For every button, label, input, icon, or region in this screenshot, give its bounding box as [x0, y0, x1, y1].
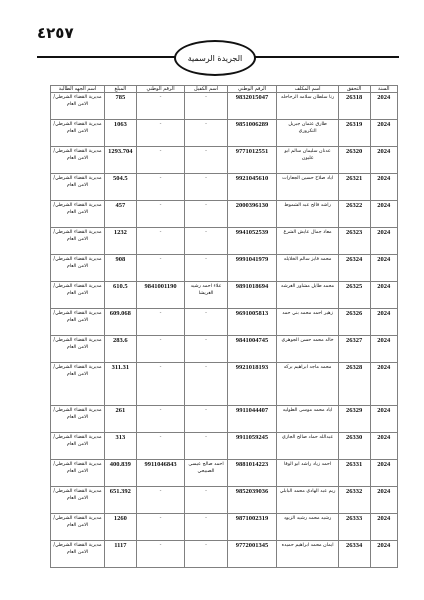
table-row: 202426318رنا سلطان سلامه الرحاحله9832015…: [51, 93, 398, 120]
amount-cell: 1117: [104, 541, 136, 568]
guarantor-cell: -: [185, 309, 227, 336]
table-row: 202426321اياد صلاح حسين الجعارات99210456…: [51, 174, 398, 201]
table-row: 202426332ريم عبد الهادي محمد البابلي9852…: [51, 487, 398, 514]
table-row: 202426325محمد طايل مشاور الغرشه989101869…: [51, 282, 398, 309]
ref-cell: 26321: [338, 174, 370, 201]
guarantor-id-cell: -: [136, 336, 185, 363]
year-cell: 2024: [370, 147, 398, 174]
guarantor-id-cell: -: [136, 541, 185, 568]
page-number: ٤٢٥٧: [37, 24, 74, 42]
table-row: 202426330عبدالله حماد صالح الجازي9911059…: [51, 433, 398, 460]
guarantor-cell: -: [185, 336, 227, 363]
year-cell: 2024: [370, 93, 398, 120]
header-amount: المبلغ: [104, 86, 136, 93]
authority-cell: مديرية القضاء الشرطي/الامن العام: [51, 363, 105, 406]
records-table: السنة التحقق اسم المكلف الرقم الوطني اسم…: [50, 85, 398, 568]
authority-cell: مديرية القضاء الشرطي/الامن العام: [51, 120, 105, 147]
name-cell: احمد زياد راشد ابو الوفا: [277, 460, 338, 487]
authority-cell: مديرية القضاء الشرطي/الامن العام: [51, 147, 105, 174]
amount-cell: 1232: [104, 228, 136, 255]
header-guarantor: اسم الكفيل: [185, 86, 227, 93]
ref-cell: 26318: [338, 93, 370, 120]
guarantor-cell: -: [185, 487, 227, 514]
guarantor-id-cell: -: [136, 514, 185, 541]
ref-cell: 26330: [338, 433, 370, 460]
table-row: 202426326زهير احمد محمد بني حمد969100581…: [51, 309, 398, 336]
guarantor-cell: -: [185, 147, 227, 174]
ref-cell: 26322: [338, 201, 370, 228]
guarantor-id-cell: -: [136, 309, 185, 336]
authority-cell: مديرية القضاء الشرطي/الامن العام: [51, 460, 105, 487]
year-cell: 2024: [370, 433, 398, 460]
guarantor-cell: -: [185, 255, 227, 282]
amount-cell: 908: [104, 255, 136, 282]
national-id-cell: 2000396130: [227, 201, 277, 228]
national-id-cell: 9851006289: [227, 120, 277, 147]
national-id-cell: 9921045610: [227, 174, 277, 201]
table-row: 202426324محمد فايز سالم الخلايله99910419…: [51, 255, 398, 282]
header-national-id: الرقم الوطني: [227, 86, 277, 93]
name-cell: زهير احمد محمد بني حمد: [277, 309, 338, 336]
authority-cell: مديرية القضاء الشرطي/الامن العام: [51, 93, 105, 120]
national-id-cell: 9911059245: [227, 433, 277, 460]
ref-cell: 26327: [338, 336, 370, 363]
amount-cell: 1063: [104, 120, 136, 147]
year-cell: 2024: [370, 363, 398, 406]
guarantor-cell: -: [185, 514, 227, 541]
amount-cell: 313: [104, 433, 136, 460]
table-row: 202426322راشد فالح عبد الشموط2000396130-…: [51, 201, 398, 228]
name-cell: عبدالله حماد صالح الجازي: [277, 433, 338, 460]
name-cell: خالد محمد حسن الجوهري: [277, 336, 338, 363]
amount-cell: 610.5: [104, 282, 136, 309]
name-cell: ايمان محمد ابراهيم حميده: [277, 541, 338, 568]
name-cell: محمد فايز سالم الخلايله: [277, 255, 338, 282]
national-id-cell: 9941052539: [227, 228, 277, 255]
guarantor-id-cell: -: [136, 201, 185, 228]
amount-cell: 1260: [104, 514, 136, 541]
ref-cell: 26329: [338, 406, 370, 433]
guarantor-cell: -: [185, 201, 227, 228]
header-ref: التحقق: [338, 86, 370, 93]
year-cell: 2024: [370, 541, 398, 568]
authority-cell: مديرية القضاء الشرطي/الامن العام: [51, 487, 105, 514]
amount-cell: 785: [104, 93, 136, 120]
table-row: 202426323معاذ جمال عايش الشرع9941052539-…: [51, 228, 398, 255]
table-row: 202426320عدنان سليمان سالم ابو غليون9771…: [51, 147, 398, 174]
amount-cell: 400.839: [104, 460, 136, 487]
table-row: 202426333رشيد محمد رشيد الزيود9871002319…: [51, 514, 398, 541]
ref-cell: 26333: [338, 514, 370, 541]
name-cell: اياد صلاح حسين الجعارات: [277, 174, 338, 201]
guarantor-cell: -: [185, 174, 227, 201]
authority-cell: مديرية القضاء الشرطي/الامن العام: [51, 174, 105, 201]
guarantor-id-cell: -: [136, 406, 185, 433]
guarantor-id-cell: 9841001190: [136, 282, 185, 309]
header-name: اسم المكلف: [277, 86, 338, 93]
year-cell: 2024: [370, 228, 398, 255]
ref-cell: 26331: [338, 460, 370, 487]
ref-cell: 26320: [338, 147, 370, 174]
guarantor-cell: -: [185, 120, 227, 147]
ref-cell: 26332: [338, 487, 370, 514]
amount-cell: 504.5: [104, 174, 136, 201]
guarantor-id-cell: -: [136, 120, 185, 147]
guarantor-cell: علاء احمد رشيد الغريشا: [185, 282, 227, 309]
amount-cell: 311.31: [104, 363, 136, 406]
national-id-cell: 9771012551: [227, 147, 277, 174]
national-id-cell: 9911044407: [227, 406, 277, 433]
authority-cell: مديرية القضاء الشرطي/الامن العام: [51, 514, 105, 541]
amount-cell: 261: [104, 406, 136, 433]
national-id-cell: 9891018694: [227, 282, 277, 309]
ref-cell: 26324: [338, 255, 370, 282]
name-cell: عدنان سليمان سالم ابو غليون: [277, 147, 338, 174]
name-cell: ريم عبد الهادي محمد البابلي: [277, 487, 338, 514]
national-id-cell: 9691005813: [227, 309, 277, 336]
ref-cell: 26326: [338, 309, 370, 336]
authority-cell: مديرية القضاء الشرطي/الامن العام: [51, 255, 105, 282]
authority-cell: مديرية القضاء الشرطي/الامن العام: [51, 228, 105, 255]
ref-cell: 26328: [338, 363, 370, 406]
national-id-cell: 9881014223: [227, 460, 277, 487]
guarantor-id-cell: -: [136, 228, 185, 255]
header-authority: اسم الجهه الطالبة: [51, 86, 105, 93]
authority-cell: مديرية القضاء الشرطي/الامن العام: [51, 406, 105, 433]
national-id-cell: 9871002319: [227, 514, 277, 541]
national-id-cell: 9921018193: [227, 363, 277, 406]
national-id-cell: 9852039036: [227, 487, 277, 514]
year-cell: 2024: [370, 282, 398, 309]
masthead-title: الجريدة الرسمية: [188, 54, 243, 63]
name-cell: محمد طايل مشاور الغرشه: [277, 282, 338, 309]
guarantor-cell: احمد صالح عيسى الصبيحي: [185, 460, 227, 487]
guarantor-id-cell: -: [136, 93, 185, 120]
year-cell: 2024: [370, 201, 398, 228]
year-cell: 2024: [370, 309, 398, 336]
year-cell: 2024: [370, 487, 398, 514]
authority-cell: مديرية القضاء الشرطي/الامن العام: [51, 541, 105, 568]
amount-cell: 1293.704: [104, 147, 136, 174]
name-cell: معاذ جمال عايش الشرع: [277, 228, 338, 255]
guarantor-cell: -: [185, 433, 227, 460]
guarantor-id-cell: 9911046843: [136, 460, 185, 487]
table-row: 202426331احمد زياد راشد ابو الوفا9881014…: [51, 460, 398, 487]
header-guarantor-id: الرقم الوطني: [136, 86, 185, 93]
header-year: السنة: [370, 86, 398, 93]
name-cell: اياد محمد موسى الطوليه: [277, 406, 338, 433]
name-cell: رشيد محمد رشيد الزيود: [277, 514, 338, 541]
national-id-cell: 9841004745: [227, 336, 277, 363]
guarantor-id-cell: -: [136, 147, 185, 174]
ref-cell: 26325: [338, 282, 370, 309]
guarantor-cell: -: [185, 93, 227, 120]
guarantor-cell: -: [185, 228, 227, 255]
guarantor-id-cell: -: [136, 363, 185, 406]
guarantor-id-cell: -: [136, 433, 185, 460]
amount-cell: 457: [104, 201, 136, 228]
table-row: 202426334ايمان محمد ابراهيم حميده9772001…: [51, 541, 398, 568]
table-row: 202426319طارق عثمان جبريل التكروري985100…: [51, 120, 398, 147]
ref-cell: 26319: [338, 120, 370, 147]
name-cell: رنا سلطان سلامه الرحاحله: [277, 93, 338, 120]
amount-cell: 609.068: [104, 309, 136, 336]
authority-cell: مديرية القضاء الشرطي/الامن العام: [51, 201, 105, 228]
year-cell: 2024: [370, 174, 398, 201]
amount-cell: 651.392: [104, 487, 136, 514]
ref-cell: 26334: [338, 541, 370, 568]
table-row: 202426329اياد محمد موسى الطوليه991104440…: [51, 406, 398, 433]
guarantor-cell: -: [185, 541, 227, 568]
national-id-cell: 9991041979: [227, 255, 277, 282]
year-cell: 2024: [370, 406, 398, 433]
table-header-row: السنة التحقق اسم المكلف الرقم الوطني اسم…: [51, 86, 398, 93]
authority-cell: مديرية القضاء الشرطي/الامن العام: [51, 433, 105, 460]
authority-cell: مديرية القضاء الشرطي/الامن العام: [51, 282, 105, 309]
table-row: 202426328محمد ماجد ابراهيم بركه992101819…: [51, 363, 398, 406]
amount-cell: 283.6: [104, 336, 136, 363]
name-cell: محمد ماجد ابراهيم بركه: [277, 363, 338, 406]
guarantor-id-cell: -: [136, 487, 185, 514]
authority-cell: مديرية القضاء الشرطي/الامن العام: [51, 336, 105, 363]
ref-cell: 26323: [338, 228, 370, 255]
name-cell: راشد فالح عبد الشموط: [277, 201, 338, 228]
guarantor-id-cell: -: [136, 174, 185, 201]
year-cell: 2024: [370, 336, 398, 363]
national-id-cell: 9832015047: [227, 93, 277, 120]
national-id-cell: 9772001345: [227, 541, 277, 568]
authority-cell: مديرية القضاء الشرطي/الامن العام: [51, 309, 105, 336]
guarantor-cell: -: [185, 406, 227, 433]
guarantor-id-cell: -: [136, 255, 185, 282]
year-cell: 2024: [370, 255, 398, 282]
masthead-ellipse: الجريدة الرسمية: [174, 40, 256, 76]
year-cell: 2024: [370, 120, 398, 147]
table-row: 202426327خالد محمد حسن الجوهري9841004745…: [51, 336, 398, 363]
year-cell: 2024: [370, 460, 398, 487]
name-cell: طارق عثمان جبريل التكروري: [277, 120, 338, 147]
year-cell: 2024: [370, 514, 398, 541]
guarantor-cell: -: [185, 363, 227, 406]
